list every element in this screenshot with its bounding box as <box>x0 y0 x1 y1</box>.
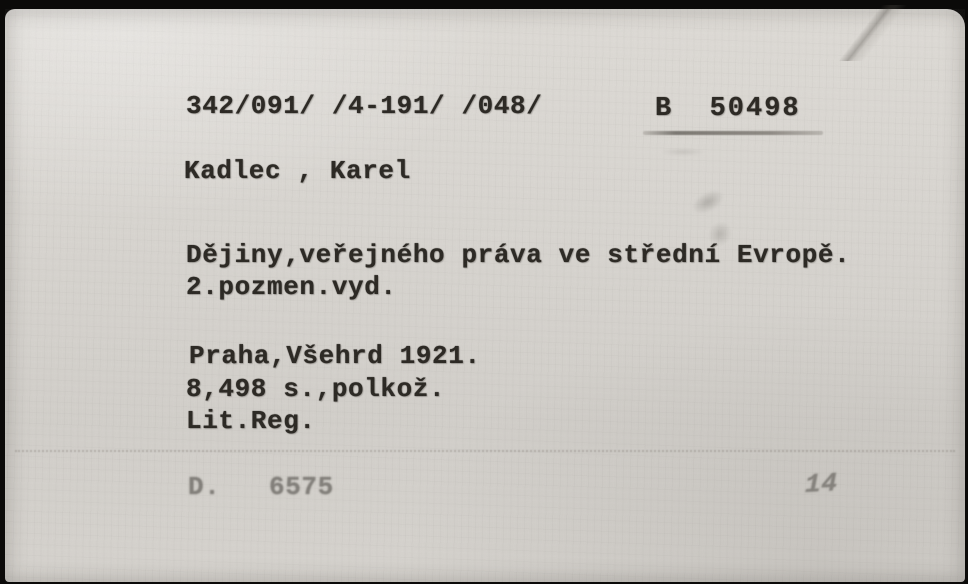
call-number-underline <box>643 131 823 135</box>
pencil-smudge <box>653 147 713 157</box>
page-annotation: 14 <box>802 469 841 501</box>
scanner-background: 342/091/ /4-191/ /048/ B 50498 Kadlec , … <box>0 0 968 584</box>
title-line: Dějiny‚veřejného práva ve střední Evropě… <box>186 241 850 271</box>
pencil-smudge <box>682 180 735 225</box>
imprint-line: Praha,Všehrd 1921. <box>189 342 481 372</box>
catalog-card: 342/091/ /4-191/ /048/ B 50498 Kadlec , … <box>5 9 965 582</box>
edition-statement: 2.pozmen.vyd. <box>186 273 397 303</box>
author-heading: Kadlec , Karel <box>184 157 411 187</box>
note-line: Lit.Reg. <box>186 407 316 437</box>
card-rule-line <box>15 450 955 452</box>
classification-number: 342/091/ /4-191/ /048/ <box>186 92 542 122</box>
collation-line: 8,498 s.,polkož. <box>186 375 445 405</box>
accession-number: D. 6575 <box>188 473 334 503</box>
call-number: B 50498 <box>655 94 801 125</box>
paper-crease <box>801 5 941 61</box>
